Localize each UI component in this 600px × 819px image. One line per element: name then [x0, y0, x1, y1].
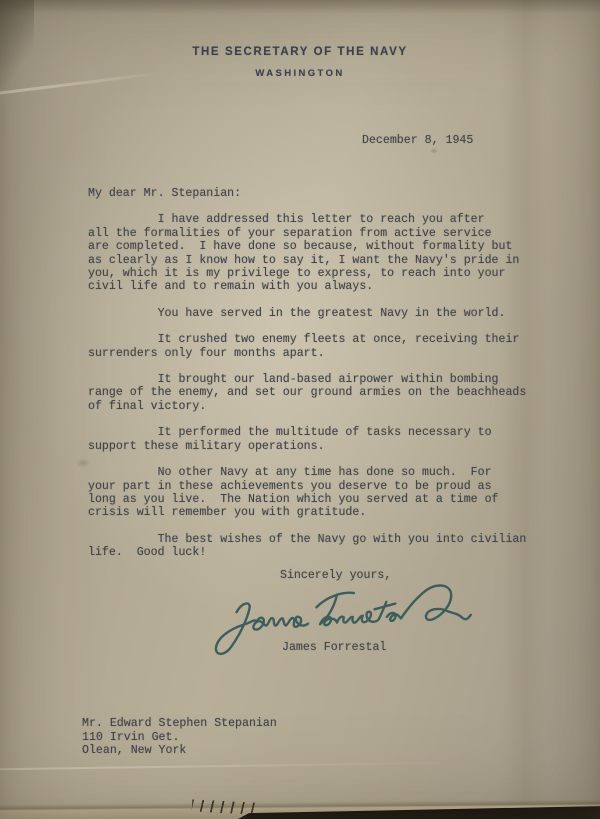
letter-paragraph: It brought our land-based airpower withi…: [88, 373, 548, 413]
salutation: My dear Mr. Stepanian:: [88, 187, 548, 200]
letterhead-title: THE SECRETARY OF THE NAVY: [0, 46, 600, 58]
recipient-line: 110 Irvin Get.: [82, 731, 277, 744]
recipient-line: Olean, New York: [82, 744, 277, 757]
letter-paragraph: It crushed two enemy fleets at once, rec…: [88, 333, 548, 360]
typed-signature-name: James Forrestal: [282, 641, 386, 654]
signature-stroke: [386, 584, 471, 622]
letter-paragraph: It performed the multitude of tasks nece…: [88, 426, 548, 453]
date-line: December 8, 1945: [362, 134, 473, 147]
letterhead-subtitle: WASHINGTON: [0, 68, 600, 79]
letter-paragraph: I have addressed this letter to reach yo…: [88, 213, 548, 293]
signature-stroke: [378, 602, 387, 619]
letter-paragraph: You have served in the greatest Navy in …: [88, 307, 548, 320]
recipient-address: Mr. Edward Stephen Stepanian110 Irvin Ge…: [82, 677, 277, 757]
letter-paragraph: The best wishes of the Navy go with you …: [88, 533, 548, 560]
letterhead: THE SECRETARY OF THE NAVY WASHINGTON: [0, 46, 600, 79]
recipient-line: Mr. Edward Stephen Stepanian: [82, 717, 277, 730]
letter-body: My dear Mr. Stepanian: I have addressed …: [88, 187, 548, 573]
letter-photo: THE SECRETARY OF THE NAVY WASHINGTON Dec…: [0, 0, 600, 819]
closing-line: Sincerely yours,: [280, 569, 391, 582]
letter-paragraph: No other Navy at any time has done so mu…: [88, 466, 548, 520]
paper-smudge: [430, 148, 438, 154]
paragraph-list: I have addressed this letter to reach yo…: [88, 213, 548, 559]
